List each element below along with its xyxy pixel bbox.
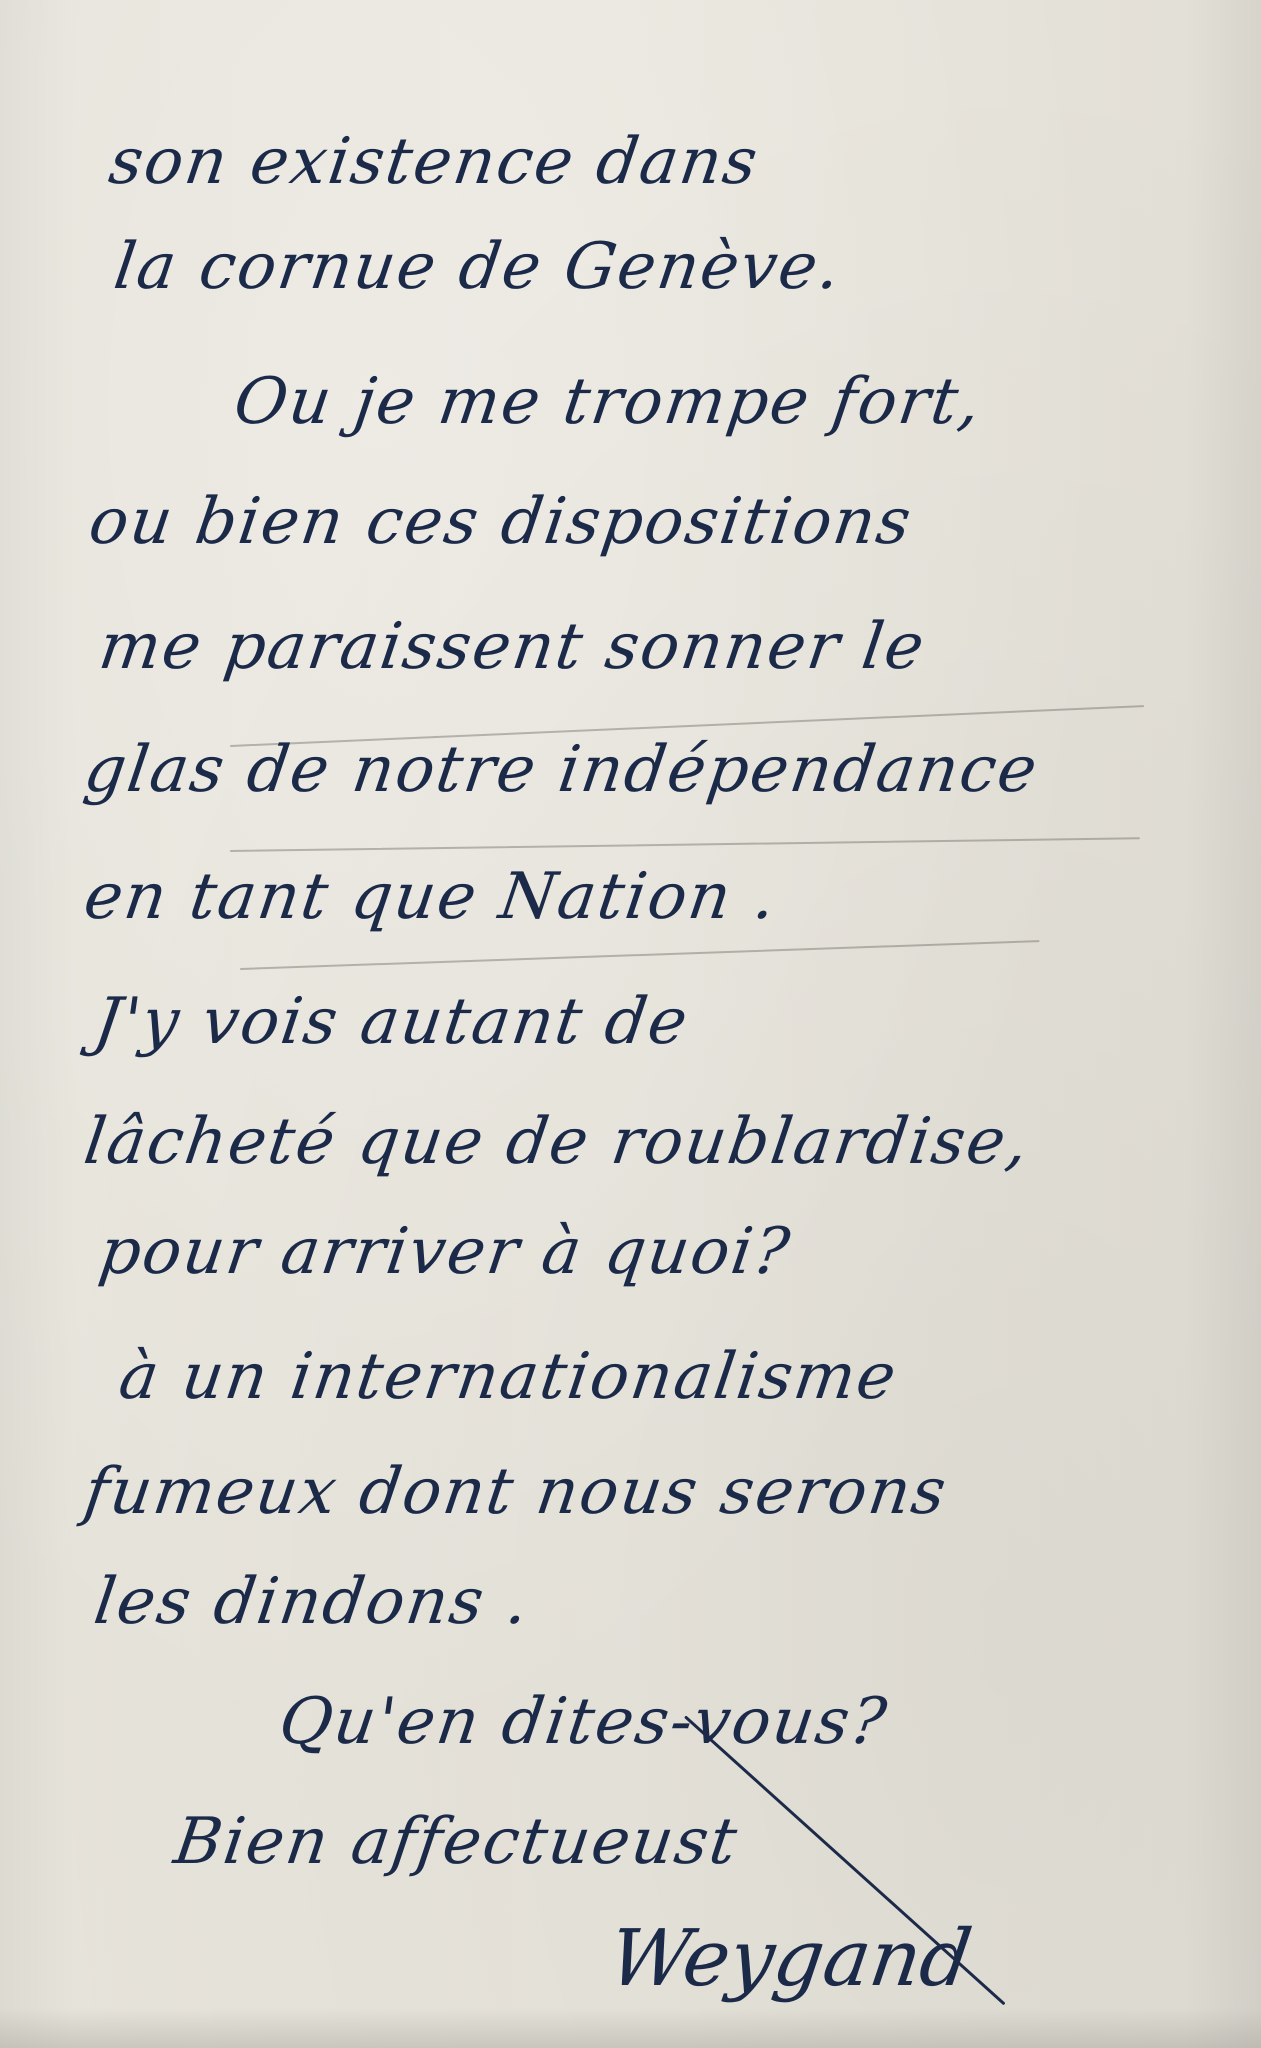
letter-line-2: la cornue de Genève. <box>111 235 846 299</box>
letter-line-8: J'y vois autant de <box>91 990 693 1054</box>
letter-line-11: à un internationalisme <box>116 1345 902 1409</box>
letter-page: son existence dans la cornue de Genève. … <box>0 0 1261 2048</box>
pencil-underline-2 <box>230 837 1140 852</box>
letter-line-5: me paraissent sonner le <box>96 615 930 679</box>
letter-line-7: en tant que Nation . <box>81 865 782 929</box>
letter-line-4: ou bien ces dispositions <box>86 490 917 554</box>
letter-line-13: les dindons . <box>91 1570 534 1634</box>
signature: Weygand <box>605 1920 977 1998</box>
page-bottom-edge <box>0 2008 1261 2048</box>
letter-line-15: Bien affectueust <box>171 1810 743 1874</box>
letter-line-1: son existence dans <box>106 130 763 194</box>
letter-line-6: glas de notre indépendance <box>81 738 1043 802</box>
letter-line-3: Ou je me trompe fort, <box>231 370 987 434</box>
letter-line-12: fumeux dont nous serons <box>81 1460 952 1524</box>
letter-line-9: lâcheté que de roublardise, <box>81 1110 1034 1174</box>
letter-line-10: pour arriver à quoi? <box>96 1220 795 1284</box>
letter-line-14: Qu'en dites-vous? <box>276 1690 892 1754</box>
pencil-underline-3 <box>240 940 1040 970</box>
